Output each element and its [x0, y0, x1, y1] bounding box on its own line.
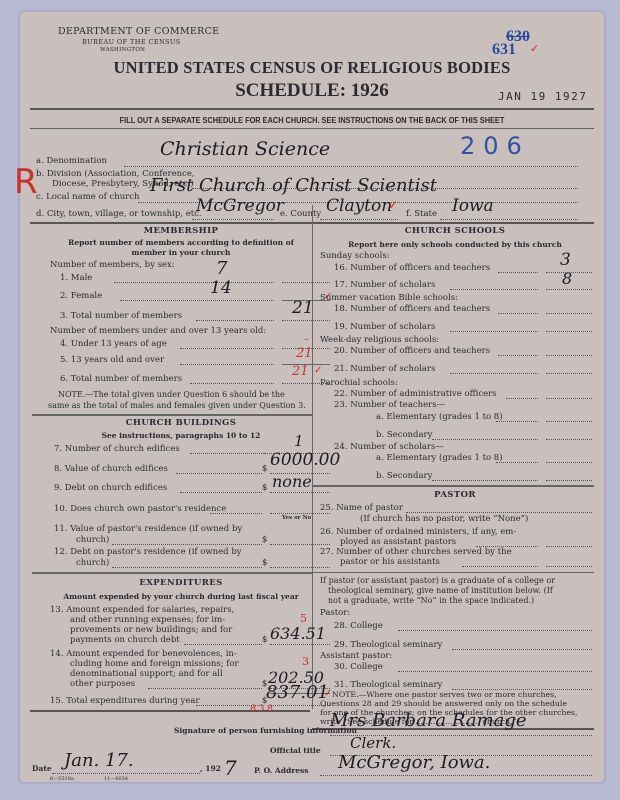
under-13-label: 4. Under 13 years of age: [60, 339, 167, 349]
salaries-label: 13. Amount expended for salaries, repair…: [50, 605, 234, 615]
assistant-seminary-label: 31. Theological seminary: [334, 680, 442, 690]
church-schools-heading: CHURCH SCHOOLS: [320, 226, 590, 236]
summer-officers-field[interactable]: [546, 313, 592, 314]
membership-subtitle-cont: member in your church: [50, 248, 312, 257]
denomination-code: 206: [460, 132, 530, 160]
male-total-line: [282, 282, 330, 283]
graduate-note: If pastor (or assistant pastor) is a gra…: [320, 576, 555, 585]
teachers-heading: 23. Number of teachers—: [334, 400, 445, 410]
year-prefix: , 192: [200, 764, 221, 773]
pastor-seminary-label: 29. Theological seminary: [334, 640, 442, 650]
assistant-ministers-label: 26. Number of ordained ministers, if any…: [320, 527, 516, 537]
dollar-sign: $: [262, 535, 267, 545]
male-label: 1. Male: [60, 273, 92, 283]
owns-residence-label: 10. Does church own pastor's residence: [54, 504, 226, 514]
church-edifices-label: 7. Number of church edifices: [54, 444, 180, 454]
official-title-label: Official title: [270, 746, 321, 755]
address-label: P. O. Address: [254, 766, 308, 775]
dollar-sign: $: [262, 558, 267, 568]
pastor-name-field[interactable]: [406, 512, 592, 513]
admin-officers-field[interactable]: [546, 398, 592, 399]
summer-scholars-line: [450, 331, 538, 332]
assistant-college-label: 30. College: [334, 662, 383, 672]
header-divider: [30, 108, 594, 110]
benevolences-label-4: other purposes: [70, 679, 135, 689]
scholars-elementary-field[interactable]: [546, 462, 592, 463]
age-heading: Number of members under and over 13 year…: [50, 326, 266, 336]
sunday-schools-heading: Sunday schools:: [320, 251, 390, 261]
by-sex-heading: Number of members, by sex:: [50, 260, 175, 270]
scholars-secondary-line: [432, 480, 538, 481]
pastor-divider: [312, 572, 594, 573]
dollar-sign: $: [262, 483, 267, 493]
total-expenditures-label: 15. Total expenditures during year: [50, 696, 200, 706]
female-label: 2. Female: [60, 291, 102, 301]
year-field[interactable]: 7: [224, 756, 237, 780]
dollar-sign: $: [262, 635, 267, 645]
other-churches-field[interactable]: [546, 566, 592, 567]
summer-officers-label: 18. Number of officers and teachers: [334, 304, 490, 314]
pastor-name-hint: (If church has no pastor, write “None”): [360, 514, 528, 524]
date-field[interactable]: Jan. 17.: [64, 750, 134, 771]
county-line: [320, 219, 398, 220]
salaries-field[interactable]: 634.51: [270, 624, 326, 643]
summer-officers-line: [498, 313, 538, 314]
benevolences-correction: 3: [302, 655, 309, 668]
scholars-heading: 24. Number of scholars—: [334, 442, 444, 452]
salaries-label-3: provements or new buildings; and for: [70, 625, 232, 635]
value-residence-label-cont: church): [76, 535, 109, 545]
value-residence-field[interactable]: [270, 544, 330, 545]
church-edifices-field[interactable]: 1: [294, 432, 304, 450]
scholars-elementary-label: a. Elementary (grades 1 to 8): [376, 453, 503, 463]
assistant-pastor-subheading: Assistant pastor:: [320, 651, 392, 661]
debt-edifices-line: [180, 492, 262, 493]
pastor-college-field[interactable]: [398, 630, 592, 631]
salaries-label-2: and other running expenses; for im-: [70, 615, 225, 625]
city-field[interactable]: McGregor: [196, 196, 284, 216]
debt-edifices-label: 9. Debt on church edifices: [54, 483, 167, 493]
denomination-line: [124, 166, 578, 167]
form-code: 6—5518a: [50, 776, 74, 782]
church-edifices-line: [190, 453, 274, 454]
graduate-note-3: not a graduate, write “No” in the space …: [328, 596, 534, 605]
official-title-field[interactable]: Clerk.: [350, 734, 396, 752]
weekday-scholars-field[interactable]: [546, 373, 592, 374]
sunday-scholars-line: [450, 289, 538, 290]
membership-subtitle: Report number of members according to de…: [50, 238, 312, 247]
pastor-college-label: 28. College: [334, 621, 383, 631]
pastor-name-label: 25. Name of pastor: [320, 503, 403, 513]
summer-scholars-label: 19. Number of scholars: [334, 322, 435, 332]
local-name-label: c. Local name of church: [36, 192, 139, 202]
check-mark-icon: ✓: [388, 198, 398, 212]
male-field[interactable]: 7: [216, 258, 227, 279]
pastor-subheading: Pastor:: [320, 608, 350, 618]
total-members-value-line: [282, 320, 330, 321]
over-13-field[interactable]: 21: [296, 346, 313, 361]
total-members-age-label: 6. Total number of members: [60, 374, 182, 384]
city-line: [192, 219, 274, 220]
scholars-elementary-line: [496, 462, 538, 463]
weekday-officers-label: 20. Number of officers and teachers: [334, 346, 490, 356]
dollar-sign: $: [262, 464, 267, 474]
date-line: [52, 773, 200, 774]
church-buildings-subtitle: See instructions, paragraphs 10 to 12: [50, 431, 312, 440]
graduate-note-2: theological seminary, give name of insti…: [328, 586, 553, 595]
expenditures-subtitle: Amount expended by your church during la…: [50, 592, 312, 601]
schools-divider: [312, 485, 594, 487]
city-label: d. City, town, village, or township, etc…: [36, 209, 202, 219]
debt-residence-label: 12. Debt on pastor's residence (if owned…: [54, 547, 242, 557]
value-edifices-label: 8. Value of church edifices: [54, 464, 168, 474]
sunday-scholars-label: 17. Number of scholars: [334, 280, 435, 290]
value-residence-line: [112, 544, 262, 545]
debt-edifices-field[interactable]: none: [272, 472, 312, 491]
weekday-schools-heading: Week-day religious schools:: [320, 335, 439, 345]
sunday-scholars-field[interactable]: 8: [562, 269, 572, 288]
under-13-line: [180, 348, 274, 349]
total-correction: 838.: [250, 704, 280, 715]
summer-scholars-field[interactable]: [546, 331, 592, 332]
total-members-label: 3. Total number of members: [60, 311, 182, 321]
teachers-elementary-line: [496, 421, 538, 422]
benevolences-label-3: denominational support; and for all: [70, 669, 223, 679]
scholars-secondary-label: b. Secondary: [376, 471, 432, 481]
address-line: [320, 775, 592, 776]
teachers-secondary-field[interactable]: [546, 439, 592, 440]
debt-residence-line: [112, 567, 262, 568]
sunday-scholars-value-line: [546, 289, 592, 290]
salaries-value-line: [270, 644, 330, 645]
pastor-note: NOTE.—Where one pastor serves two or mor…: [332, 690, 557, 699]
weekday-scholars-line: [450, 373, 538, 374]
owns-residence-line: [210, 513, 262, 514]
debt-residence-field[interactable]: [270, 567, 330, 568]
other-churches-label: 27. Number of other churches served by t…: [320, 547, 512, 557]
male-line: [114, 282, 274, 283]
denomination-field[interactable]: Christian Science: [160, 138, 330, 160]
teachers-secondary-line: [432, 439, 538, 440]
check-mark-icon: ✓: [530, 42, 539, 55]
county-label: e. County: [280, 209, 321, 219]
expenditures-heading: EXPENDITURES: [50, 578, 312, 588]
department-heading: DEPARTMENT OF COMMERCE: [58, 26, 219, 37]
female-line: [120, 300, 274, 301]
other-churches-label-cont: pastor or his assistants: [340, 557, 440, 567]
debt-residence-label-cont: church): [76, 558, 109, 568]
pastor-note-2: Questions 28 and 29 should be answered o…: [320, 699, 567, 708]
address-field[interactable]: McGregor, Iowa.: [338, 752, 490, 773]
under-13-field[interactable]: –: [304, 334, 309, 345]
form-code-2: 11—6054: [104, 776, 128, 782]
pastor-heading: PASTOR: [320, 490, 590, 500]
value-residence-label: 11. Value of pastor's residence (if owne…: [54, 524, 242, 534]
salaries-line: [184, 644, 262, 645]
total-members-line: [196, 320, 274, 321]
scholars-secondary-field[interactable]: [546, 480, 592, 481]
teachers-elementary-label: a. Elementary (grades 1 to 8): [376, 412, 503, 422]
received-date-stamp: JAN 19 1927: [498, 90, 587, 103]
membership-heading: MEMBERSHIP: [50, 226, 312, 236]
sunday-officers-field[interactable]: 3: [560, 250, 571, 270]
census-schedule-form: DEPARTMENT OF COMMERCE BUREAU OF THE CEN…: [20, 12, 604, 782]
assistant-ministers-label-cont: ployed as assistant pastors: [340, 537, 456, 547]
value-edifices-line: [176, 473, 262, 474]
membership-note: NOTE.—The total given under Question 6 s…: [58, 390, 285, 399]
church-schools-subtitle: Report here only schools conducted by th…: [320, 240, 590, 249]
instruction-banner: FILL OUT A SEPARATE SCHEDULE FOR EACH CH…: [43, 116, 580, 125]
sunday-officers-label: 16. Number of officers and teachers: [334, 263, 490, 273]
state-field[interactable]: Iowa: [452, 196, 494, 216]
value-edifices-field[interactable]: 6000.00: [270, 450, 340, 470]
benevolences-label-2: cluding home and foreign missions; for: [70, 659, 239, 669]
buildings-divider: [32, 572, 312, 574]
local-name-field[interactable]: First Church of Christ Scientist: [150, 175, 437, 196]
city-heading: WASHINGTON: [100, 47, 145, 53]
total-members-age-field[interactable]: 21: [292, 364, 309, 379]
membership-divider: [32, 414, 312, 416]
serial-number: 631: [492, 41, 516, 59]
other-churches-line: [462, 566, 538, 567]
summer-schools-heading: Summer vacation Bible schools:: [320, 293, 458, 303]
pastor-seminary-field[interactable]: [452, 649, 592, 650]
date-label: Date: [32, 764, 52, 773]
county-field[interactable]: Clayton: [326, 196, 392, 216]
weekday-officers-line: [498, 355, 538, 356]
margin-mark: R: [14, 162, 38, 202]
bureau-heading: BUREAU OF THE CENSUS: [82, 38, 181, 46]
signature-field[interactable]: Mrs Barbara Ramage: [330, 710, 527, 731]
over-13-line: [180, 364, 274, 365]
benevolences-label: 14. Amount expended for benevolences, in…: [50, 649, 237, 659]
check-mark-icon: ✓: [314, 365, 322, 376]
salaries-label-4: payments on church debt: [70, 635, 180, 645]
owns-residence-field[interactable]: [270, 513, 330, 514]
state-line: [440, 219, 578, 220]
denomination-label: a. Denomination: [36, 156, 107, 166]
over-13-label: 5. 13 years old and over: [60, 355, 164, 365]
parochial-schools-heading: Parochial schools:: [320, 378, 398, 388]
form-title: UNITED STATES CENSUS OF RELIGIOUS BODIES: [20, 58, 604, 78]
membership-note-cont: same as the total of males and females g…: [48, 401, 306, 410]
state-label: f. State: [406, 209, 437, 219]
admin-officers-label: 22. Number of administrative officers: [334, 389, 497, 399]
weekday-officers-field[interactable]: [546, 355, 592, 356]
total-members-field[interactable]: 21: [292, 298, 314, 318]
total-members-age-line: [190, 383, 274, 384]
sunday-officers-line: [498, 272, 538, 273]
teachers-secondary-label: b. Secondary: [376, 430, 432, 440]
church-buildings-heading: CHURCH BUILDINGS: [50, 418, 312, 428]
teachers-elementary-field[interactable]: [546, 421, 592, 422]
admin-officers-line: [506, 398, 538, 399]
benevolences-line: [148, 688, 262, 689]
weekday-scholars-label: 21. Number of scholars: [334, 364, 435, 374]
female-field[interactable]: 14: [210, 278, 232, 298]
instruction-divider: [30, 128, 594, 129]
assistant-college-field[interactable]: [398, 671, 592, 672]
assistant-ministers-field[interactable]: [546, 546, 592, 547]
yes-no-hint: Yes or No: [282, 515, 311, 521]
